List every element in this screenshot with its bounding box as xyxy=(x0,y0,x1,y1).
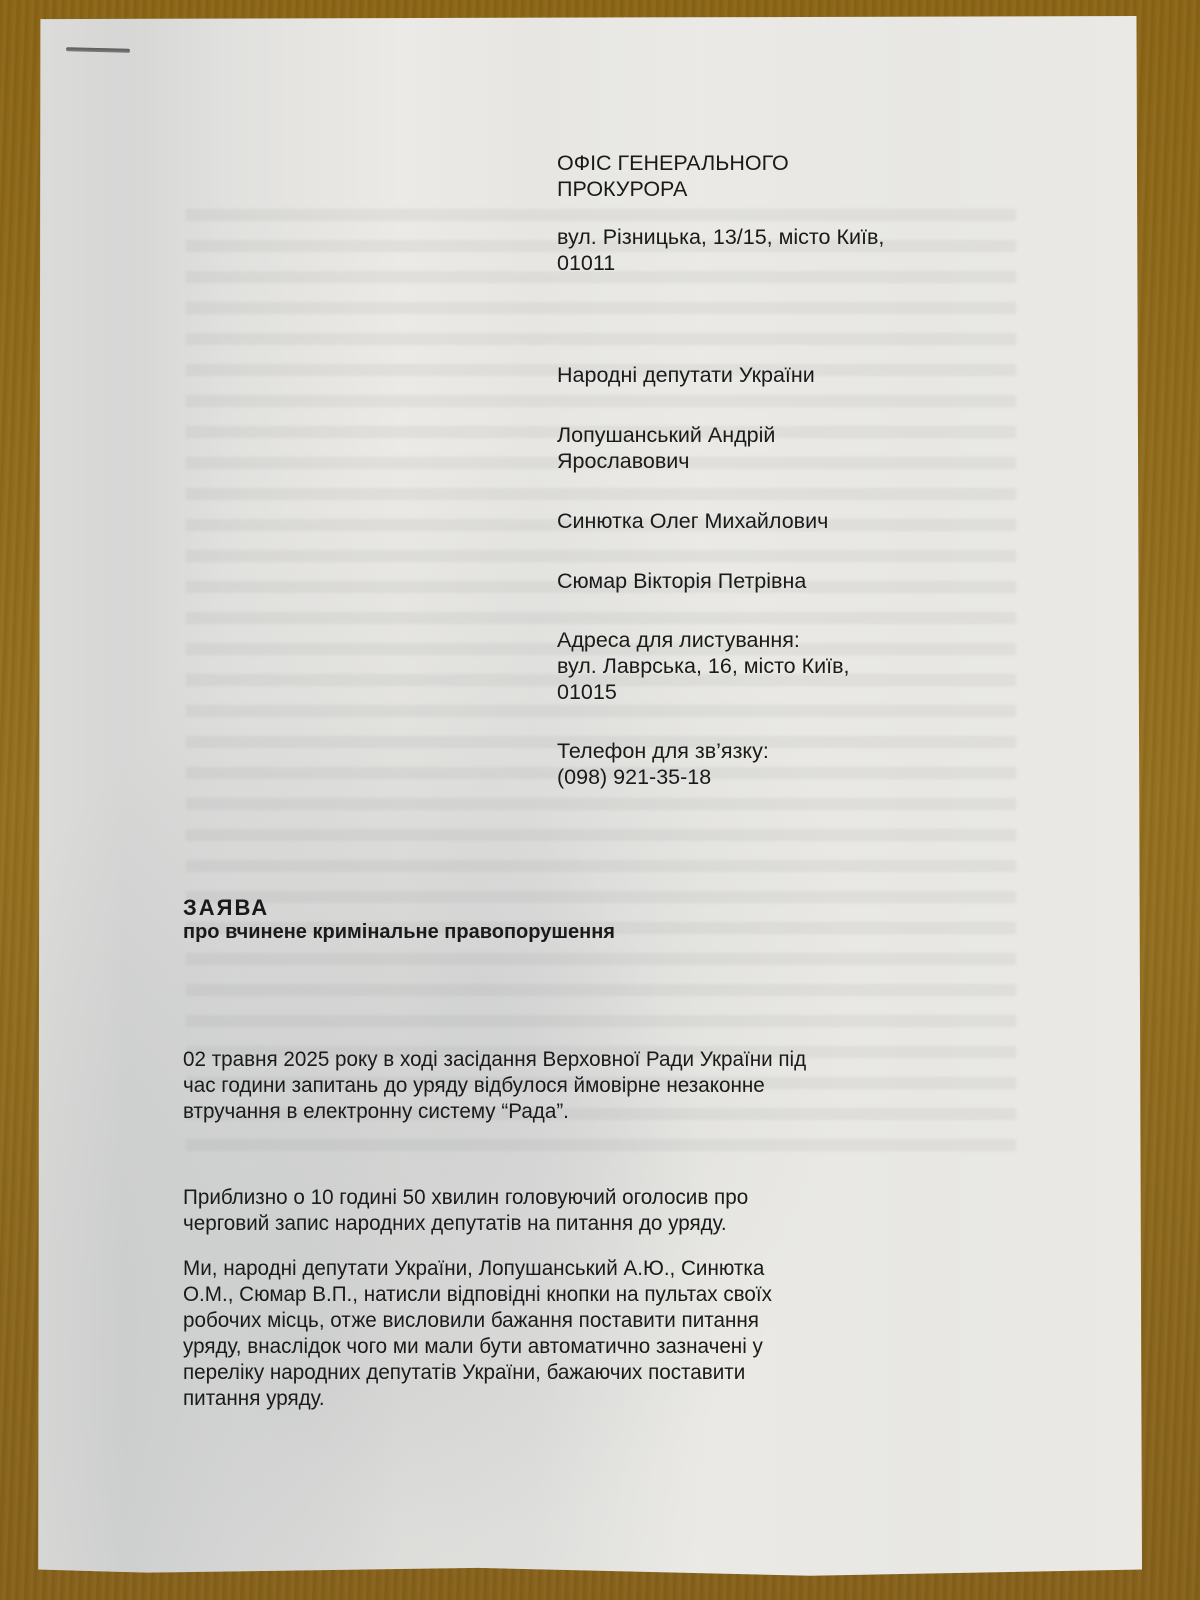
phone-label: Телефон для зв’язку: xyxy=(557,738,997,764)
mailing-address-label: Адреса для листування: xyxy=(557,627,997,653)
paragraph-3-line-2: О.М., Сюмар В.П., натисли відповідні кно… xyxy=(183,1281,961,1307)
paragraph-3: Ми, народні депутати України, Лопушанськ… xyxy=(183,1255,961,1411)
paragraph-2-line-2: черговий запис народних депутатів на пит… xyxy=(183,1210,961,1236)
sender-name-1-line-2: Ярославович xyxy=(557,448,997,474)
sender-block: Народні депутати України Лопушанський Ан… xyxy=(557,362,997,790)
paragraph-1-line-3: втручання в електронну систему “Рада”. xyxy=(183,1098,961,1124)
title-main: ЗАЯВА xyxy=(183,896,615,920)
addressee-address-line-1: вул. Різницька, 13/15, місто Київ, xyxy=(557,224,997,250)
title-subtitle: про вчинене кримінальне правопорушення xyxy=(183,920,615,944)
document-title: ЗАЯВА про вчинене кримінальне правопоруш… xyxy=(183,896,615,944)
addressee-name-line-1: ОФІС ГЕНЕРАЛЬНОГО xyxy=(557,150,997,176)
paragraph-1-line-1: 02 травня 2025 року в ході засідання Вер… xyxy=(183,1046,961,1072)
addressee-address-line-2: 01011 xyxy=(557,250,997,276)
sender-name-1-line-1: Лопушанський Андрій xyxy=(557,422,997,448)
paragraph-2-line-1: Приблизно о 10 годині 50 хвилин головуюч… xyxy=(183,1184,961,1210)
mailing-address-line-1: вул. Лаврська, 16, місто Київ, xyxy=(557,653,997,679)
paragraph-3-line-3: робочих місць, отже висловили бажання по… xyxy=(183,1307,961,1333)
sender-name-3: Сюмар Вікторія Петрівна xyxy=(557,568,997,594)
paragraph-2: Приблизно о 10 годині 50 хвилин головуюч… xyxy=(183,1184,961,1236)
paragraph-3-line-4: уряду, внаслідок чого ми мали бути автом… xyxy=(183,1333,961,1359)
phone-number: (098) 921-35-18 xyxy=(557,764,997,790)
paragraph-1: 02 травня 2025 року в ході засідання Вер… xyxy=(183,1046,961,1124)
paragraph-1-line-2: час години запитань до уряду відбулося й… xyxy=(183,1072,961,1098)
sender-name-2: Синютка Олег Михайлович xyxy=(557,508,997,534)
addressee-block: ОФІС ГЕНЕРАЛЬНОГО ПРОКУРОРА вул. Різниць… xyxy=(557,150,997,276)
paragraph-3-line-6: питання уряду. xyxy=(183,1385,961,1411)
paragraph-3-line-5: переліку народних депутатів України, баж… xyxy=(183,1359,961,1385)
mailing-address-line-2: 01015 xyxy=(557,679,997,705)
sender-group-label: Народні депутати України xyxy=(557,362,997,388)
paragraph-3-line-1: Ми, народні депутати України, Лопушанськ… xyxy=(183,1255,961,1281)
addressee-name-line-2: ПРОКУРОРА xyxy=(557,176,997,202)
